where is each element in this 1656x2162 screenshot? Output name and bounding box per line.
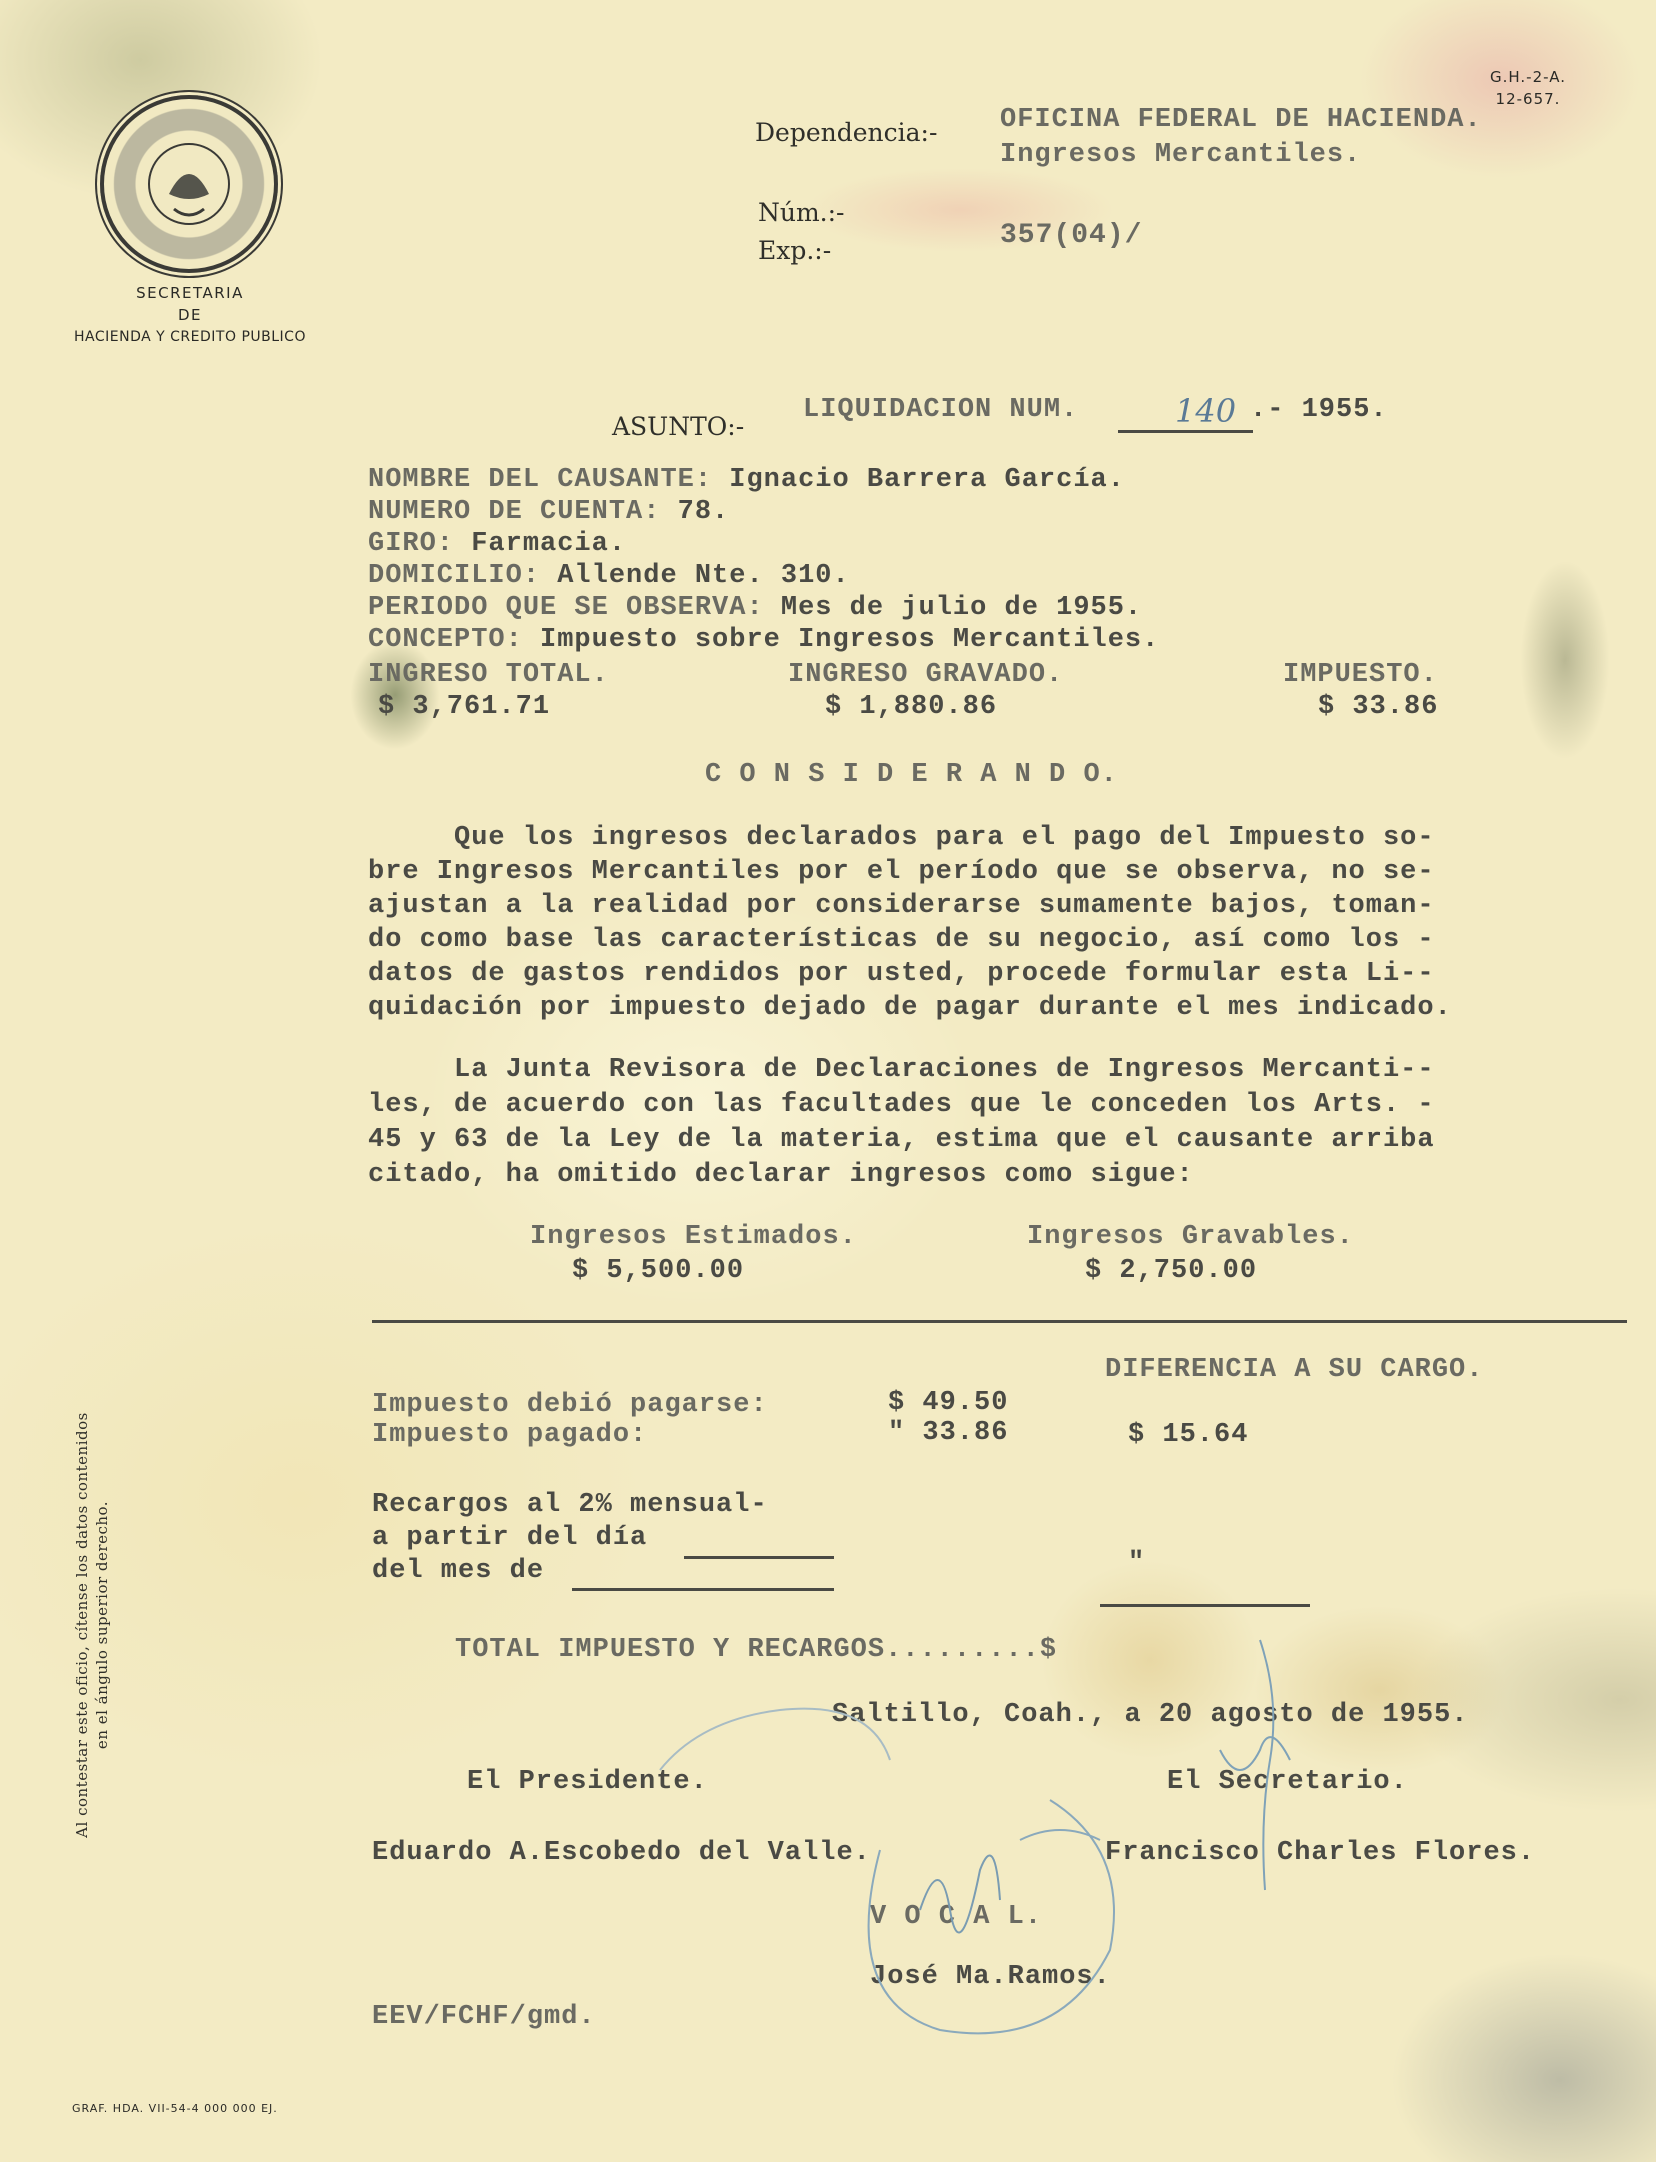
- subject-suffix: .- 1955.: [1250, 395, 1388, 425]
- field-row: NOMBRE DEL CAUSANTE: Ignacio Barrera Gar…: [368, 465, 1159, 497]
- summary-value-gravado: $ 1,880.86: [825, 692, 997, 722]
- form-code-line: 12-657.: [1468, 88, 1588, 110]
- exp-value: 357(04)/: [1000, 220, 1142, 251]
- surcharge-line: Recargos al 2% mensual-: [372, 1490, 768, 1523]
- summary-header-total: INGRESO TOTAL.: [368, 660, 609, 690]
- paragraph-line: ajustan a la realidad por considerarse s…: [368, 891, 1452, 925]
- taxable-income-value: $ 2,750.00: [1085, 1256, 1257, 1286]
- paragraph-line: bre Ingresos Mercantiles por el período …: [368, 857, 1452, 891]
- paragraph-line: les, de acuerdo con las facultades que l…: [368, 1090, 1435, 1125]
- field-row: NUMERO DE CUENTA: 78.: [368, 497, 1159, 529]
- tax-due-label: Impuesto debió pagarse:: [372, 1390, 768, 1420]
- paragraph-line: do como base las características de su n…: [368, 925, 1452, 959]
- margin-instruction-note: Al contestar este oficio, cítense los da…: [72, 1405, 112, 1845]
- paragraph-1: Que los ingresos declarados para el pago…: [368, 823, 1452, 1027]
- tax-paid-value: " 33.86: [888, 1418, 1008, 1448]
- ministry-line: SECRETARIA: [60, 282, 320, 304]
- paragraph-line: quidación por impuesto dejado de pagar d…: [368, 993, 1452, 1027]
- stain: [1520, 560, 1610, 760]
- paragraph-line: citado, ha omitido declarar ingresos com…: [368, 1160, 1435, 1195]
- summary-header-impuesto: IMPUESTO.: [1283, 660, 1438, 690]
- surcharge-block: Recargos al 2% mensual- a partir del día…: [372, 1490, 768, 1589]
- ministry-name: SECRETARIA DE HACIENDA Y CREDITO PUBLICO: [60, 282, 320, 348]
- field-row: GIRO: Farmacia.: [368, 529, 1159, 561]
- eagle-emblem-icon: [104, 99, 274, 269]
- difference-label: DIFERENCIA A SU CARGO.: [1105, 1355, 1483, 1385]
- printer-footer: GRAF. HDA. VII-54-4 000 000 EJ.: [72, 2102, 278, 2115]
- paragraph-line: La Junta Revisora de Declaraciones de In…: [368, 1055, 1435, 1090]
- field-row: DOMICILIO: Allende Nte. 310.: [368, 561, 1159, 593]
- subject-prefix: LIQUIDACION NUM.: [803, 395, 1078, 425]
- tax-paid-label: Impuesto pagado:: [372, 1420, 647, 1450]
- paragraph-2: La Junta Revisora de Declaraciones de In…: [368, 1055, 1435, 1195]
- paragraph-line: datos de gastos rendidos por usted, proc…: [368, 959, 1452, 993]
- summary-header-gravado: INGRESO GRAVADO.: [788, 660, 1063, 690]
- liquidation-number: 140: [1175, 392, 1236, 430]
- form-code-line: G.H.-2-A.: [1468, 66, 1588, 88]
- government-seal: [100, 95, 278, 273]
- summary-value-total: $ 3,761.71: [378, 692, 550, 722]
- summary-value-impuesto: $ 33.86: [1318, 692, 1438, 722]
- surcharge-line: a partir del día: [372, 1523, 768, 1556]
- estimated-income-label: Ingresos Estimados.: [530, 1222, 857, 1252]
- form-code: G.H.-2-A. 12-657.: [1468, 66, 1588, 110]
- number-underline: [1118, 430, 1253, 433]
- exp-label: Exp.:-: [758, 236, 831, 265]
- day-blank-field[interactable]: [684, 1556, 834, 1559]
- paragraph-line: 45 y 63 de la Ley de la materia, estima …: [368, 1125, 1435, 1160]
- dependencia-label: Dependencia:-: [755, 118, 937, 147]
- ditto-mark: ": [1128, 1548, 1145, 1578]
- dependencia-value: OFICINA FEDERAL DE HACIENDA.: [1000, 105, 1482, 135]
- num-label: Núm.:-: [758, 198, 845, 227]
- paragraph-line: Que los ingresos declarados para el pago…: [368, 823, 1452, 857]
- tax-due-value: $ 49.50: [888, 1388, 1008, 1418]
- estimated-income-value: $ 5,500.00: [572, 1256, 744, 1286]
- handwritten-signatures-icon: [600, 1580, 1500, 2040]
- dependencia-subvalue: Ingresos Mercantiles.: [1000, 140, 1361, 170]
- difference-value: $ 15.64: [1128, 1420, 1248, 1450]
- reference-initials: EEV/FCHF/gmd.: [372, 2002, 596, 2032]
- ministry-line: DE: [60, 304, 320, 326]
- subject-label: ASUNTO:-: [612, 412, 744, 441]
- considerando-heading: C O N S I D E R A N D O.: [705, 760, 1118, 790]
- ministry-line: HACIENDA Y CREDITO PUBLICO: [60, 326, 320, 348]
- field-row: CONCEPTO: Impuesto sobre Ingresos Mercan…: [368, 625, 1159, 657]
- separator-rule: [372, 1320, 1627, 1323]
- taxpayer-fields: NOMBRE DEL CAUSANTE: Ignacio Barrera Gar…: [368, 465, 1159, 657]
- field-row: PERIODO QUE SE OBSERVA: Mes de julio de …: [368, 593, 1159, 625]
- taxable-income-label: Ingresos Gravables.: [1027, 1222, 1354, 1252]
